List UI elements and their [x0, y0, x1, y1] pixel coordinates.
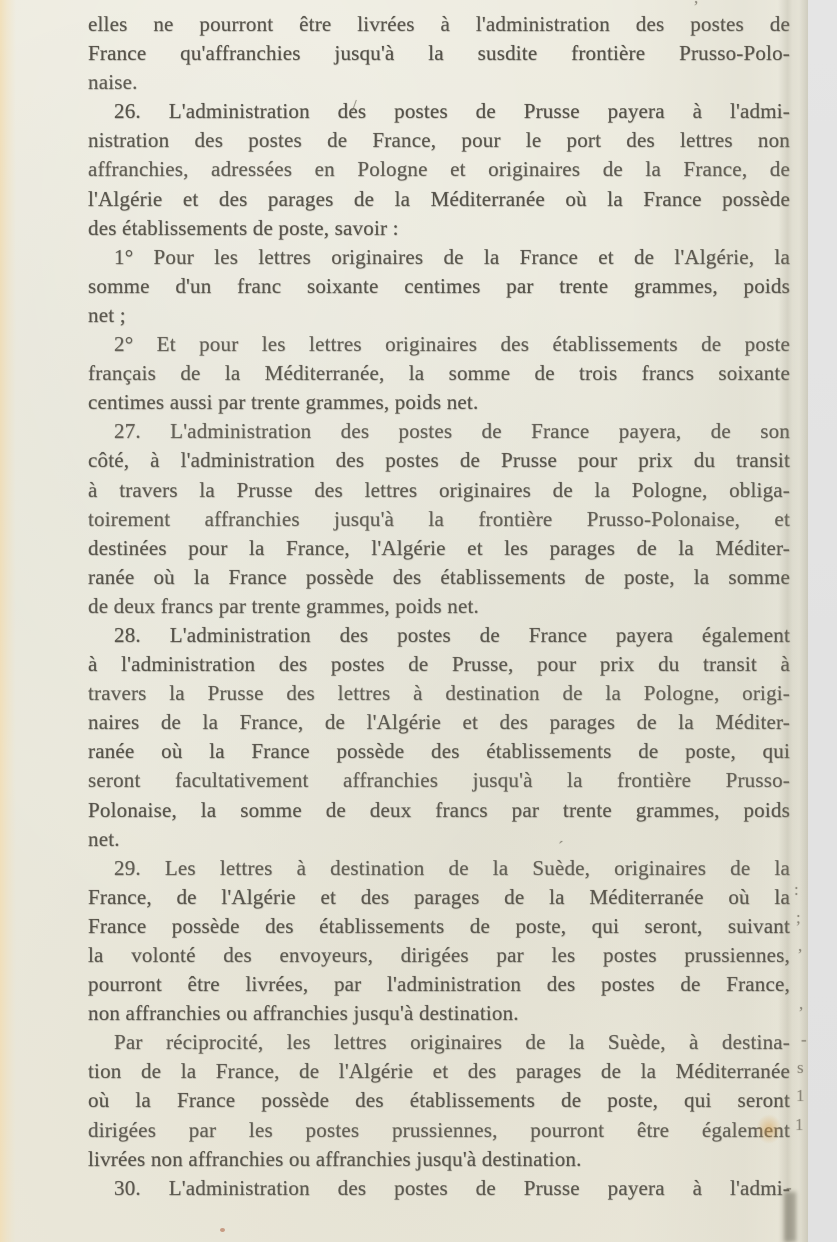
text-line: tion de la France, de l'Algérie et des p…: [88, 1057, 790, 1086]
text-line: 2° Et pour les lettres originaires des é…: [88, 330, 790, 359]
bleedthrough-mark: -: [786, 1178, 792, 1198]
text-line: France qu'affranchies jusqu'à la susdite…: [88, 39, 790, 68]
page-left-edge: [0, 0, 16, 1242]
scanner-background: [806, 0, 837, 1242]
bleedthrough-mark: :: [794, 880, 799, 900]
text-line: français de la Méditerranée, la somme de…: [88, 359, 790, 388]
page-edge-shadow: [784, 1192, 796, 1242]
text-line: la volonté des envoyeurs, dirigées par l…: [88, 941, 790, 970]
text-line: pourront être livrées, par l'administrat…: [88, 970, 790, 999]
text-line: France possède des établissements de pos…: [88, 912, 790, 941]
bleedthrough-mark: 1: [795, 1115, 804, 1135]
text-line: à l'administration des postes de Prusse,…: [88, 650, 790, 679]
text-line: à travers la Prusse des lettres originai…: [88, 476, 790, 505]
text-line: de deux francs par trente grammes, poids…: [88, 592, 790, 621]
text-line: seront facultativement affranchies jusqu…: [88, 766, 790, 795]
text-line: naise.: [88, 68, 790, 97]
text-line: des établissements de poste, savoir :: [88, 214, 790, 243]
paper-stain: [756, 1114, 782, 1144]
bleedthrough-mark: ,: [694, 0, 698, 8]
bleedthrough-mark: ,: [798, 936, 802, 956]
text-line: dirigées par les postes prussiennes, pou…: [88, 1116, 790, 1145]
page-right-edge: [778, 0, 808, 1242]
scanned-document: elles ne pourront être livrées à l'admin…: [0, 0, 837, 1242]
text-line: somme d'un franc soixante centimes par t…: [88, 272, 790, 301]
page-text: elles ne pourront être livrées à l'admin…: [88, 10, 790, 1203]
text-line: centimes aussi par trente grammes, poids…: [88, 388, 790, 417]
text-line: toirement affranchies jusqu'à la frontiè…: [88, 505, 790, 534]
text-line: Polonaise, la somme de deux francs par t…: [88, 796, 790, 825]
book-page: elles ne pourront être livrées à l'admin…: [0, 0, 808, 1242]
text-line: 29. Les lettres à destination de la Suèd…: [88, 854, 790, 883]
text-line: 1° Pour les lettres originaires de la Fr…: [88, 243, 790, 272]
text-line: affranchies, adressées en Pologne et ori…: [88, 155, 790, 184]
text-line: 28. L'administration des postes de Franc…: [88, 621, 790, 650]
bleedthrough-mark: ;: [796, 908, 801, 928]
text-line: ranée où la France possède des établisse…: [88, 563, 790, 592]
bleedthrough-mark: /: [352, 96, 357, 116]
text-line: elles ne pourront être livrées à l'admin…: [88, 10, 790, 39]
text-line: 30. L'administration des postes de Pruss…: [88, 1174, 790, 1203]
text-line: ranée où la France possède des établisse…: [88, 737, 790, 766]
text-line: naires de la France, de l'Algérie et des…: [88, 708, 790, 737]
text-line: non affranchies ou affranchies jusqu'à d…: [88, 999, 790, 1028]
paper-speck: [220, 1228, 225, 1232]
text-line: net ;: [88, 301, 790, 330]
text-line: nistration des postes de France, pour le…: [88, 126, 790, 155]
text-line: travers la Prusse des lettres à destinat…: [88, 679, 790, 708]
text-line: 26. L'administration des postes de Pruss…: [88, 97, 790, 126]
text-line: France, de l'Algérie et des parages de l…: [88, 883, 790, 912]
text-line: livrées non affranchies ou affranchies j…: [88, 1145, 790, 1174]
text-line: où la France possède des établissements …: [88, 1086, 790, 1115]
bleedthrough-mark: 1: [796, 1086, 805, 1106]
text-line: 27. L'administration des postes de Franc…: [88, 417, 790, 446]
text-line: l'Algérie et des parages de la Méditerra…: [88, 185, 790, 214]
text-line: destinées pour la France, l'Algérie et l…: [88, 534, 790, 563]
text-line: côté, à l'administration des postes de P…: [88, 446, 790, 475]
bleedthrough-mark: ´: [558, 838, 564, 858]
text-line: net.: [88, 825, 790, 854]
text-line: Par réciprocité, les lettres originaires…: [88, 1028, 790, 1057]
bleedthrough-mark: s: [797, 1058, 804, 1078]
bleedthrough-mark: ,: [799, 994, 803, 1014]
bleedthrough-mark: -: [801, 1030, 807, 1050]
